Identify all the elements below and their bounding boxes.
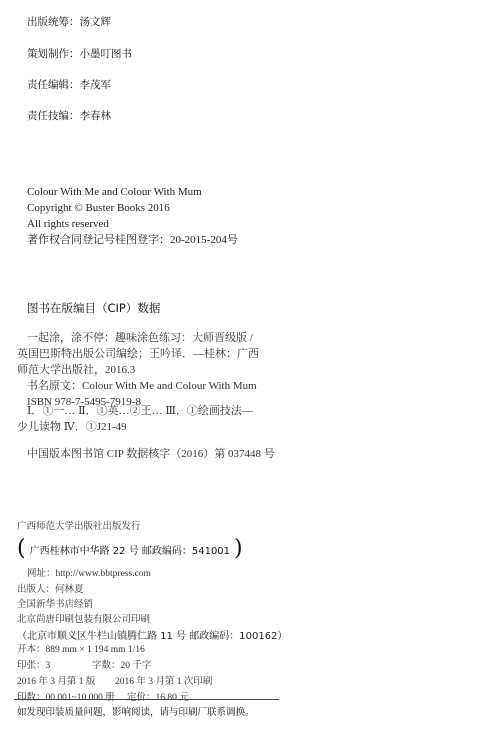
printer: 北京尚唐印刷包装有限公司印刷 [17,612,150,628]
specs-block: 开本：889 mm × 1 194 mm 1/16 印张：3 字数：20 千字 … [17,642,212,706]
credit-editor: 责任编辑：李茂军 [27,77,111,92]
printing: 2016 年 3 月第 1 次印刷 [115,674,212,690]
sheets: 印张：3 [17,658,92,674]
cip-classification: Ⅰ．①一… Ⅱ．①英…②王… Ⅲ．①绘画技法— 少儿读物 Ⅳ．①J21-49 [17,403,253,435]
contract-registration: 著作权合同登记号桂图登字：20-2015-204号 [27,232,238,248]
right-paren: ) [234,538,243,560]
classification-line: 少儿读物 Ⅳ．①J21-49 [17,419,253,435]
classification-line: Ⅰ．①一… Ⅱ．①英…②王… Ⅲ．①绘画技法— [17,403,253,419]
credit-value: 李春林 [80,110,112,122]
cip-entry: 一起涂，涂不停：趣味涂色练习：大师晋级版 / 英国巴斯特出版公司编绘；王吟译．—… [17,330,259,410]
format: 开本：889 mm × 1 194 mm 1/16 [17,642,145,658]
edition: 2016 年 3 月第 1 版 [17,674,115,690]
publisher-person: 出版人：何林夏 [17,582,84,598]
credit-label: 责任编辑 [27,79,69,91]
cip-title: 图书在版编目（CIP）数据 [27,300,160,316]
cip-line: 书名原文：Colour With Me and Colour With Mum [17,378,259,394]
spec-row: 印张：3 字数：20 千字 [17,658,212,674]
spec-row: 2016 年 3 月第 1 版 2016 年 3 月第 1 次印刷 [17,674,212,690]
publisher-name: 广西师范大学出版社出版发行 [17,518,141,532]
distributor: 全国新华书店经销 [17,597,93,613]
left-paren: ( [17,538,26,560]
website: 网址：http://www.bbtpress.com [27,566,151,582]
credit-label: 策划制作 [27,48,69,60]
rights-reserved: All rights reserved [27,216,238,232]
copyright-block: Colour With Me and Colour With Mum Copyr… [27,184,238,248]
cip-line: 英国巴斯特出版公司编绘；王吟译．—桂林：广西 [17,346,259,362]
printer-address: （北京市顺义区牛栏山镇腾仁路 11 号 邮政编码：100162） [17,627,287,642]
credit-coordinator: 出版统筹：汤文辉 [27,14,111,29]
word-count: 字数：20 千字 [92,658,151,674]
divider [14,699,279,700]
address-text: 广西桂林市中华路 22 号 邮政编码：541001 [30,542,230,557]
credit-tech-editor: 责任技编：李春林 [27,108,111,123]
cip-core-data: 中国版本图书馆 CIP 数据核字（2016）第 037448 号 [17,446,275,462]
credit-label: 出版统筹 [27,16,69,28]
copyright-line: Copyright © Buster Books 2016 [27,200,238,216]
credit-production: 策划制作：小墨叮图书 [27,46,132,61]
credit-value: 汤文辉 [80,16,112,28]
credit-label: 责任技编 [27,110,69,122]
original-title: Colour With Me and Colour With Mum [27,184,238,200]
cip-line: 师范大学出版社，2016.3 [17,362,259,378]
quality-notice: 如发现印装质量问题，影响阅读，请与印刷厂联系调换。 [17,704,255,718]
credit-value: 李茂军 [80,79,112,91]
credit-value: 小墨叮图书 [80,48,133,60]
spec-row: 开本：889 mm × 1 194 mm 1/16 [17,642,212,658]
publisher-address: ( 广西桂林市中华路 22 号 邮政编码：541001 ) [17,538,243,560]
cip-line: 一起涂，涂不停：趣味涂色练习：大师晋级版 / [17,330,259,346]
